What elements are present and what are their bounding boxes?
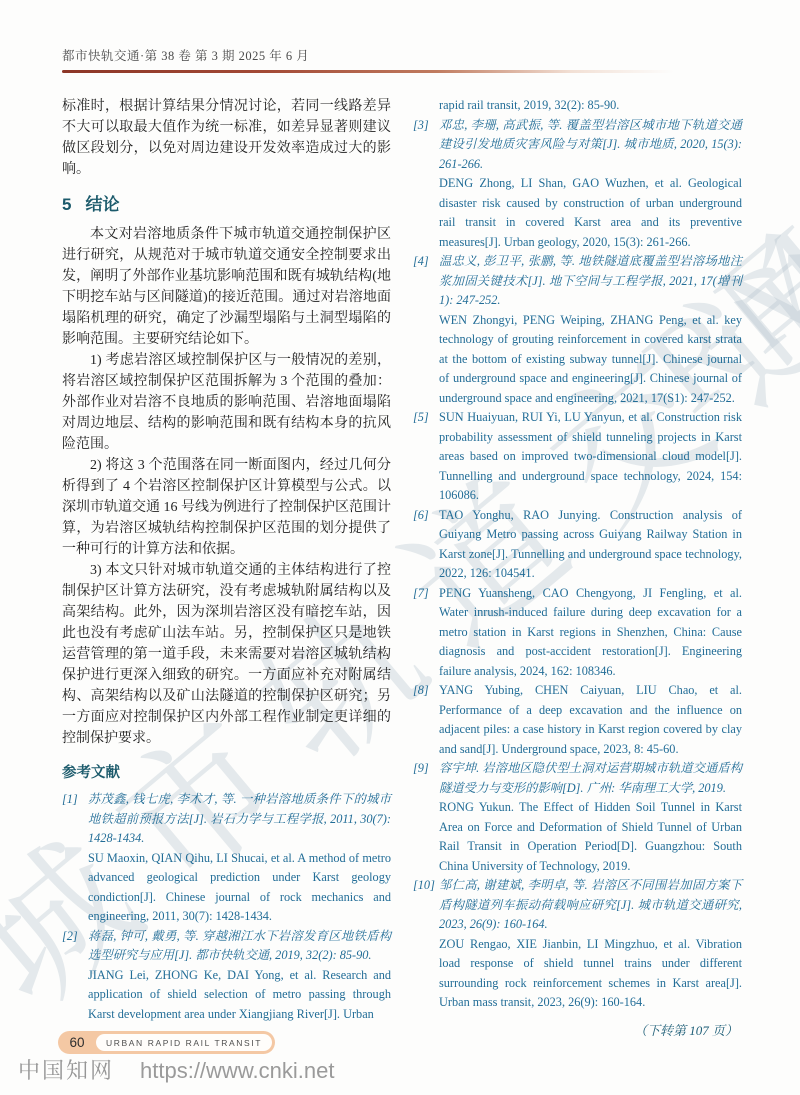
reference-number: [1]: [62, 790, 88, 927]
conclusion-point-1: 1) 考虑岩溶区域控制保护区与一般情况的差别，将岩溶区域控制保护区范围拆解为 3…: [62, 350, 391, 455]
reference-en: DENG Zhong, LI Shan, GAO Wuzhen, et al. …: [439, 174, 742, 252]
reference-en: SU Maoxin, QIAN Qihu, LI Shucai, et al. …: [88, 849, 391, 927]
cnki-url-text: https://www.cnki.net: [140, 1058, 334, 1084]
header-rule: [62, 70, 742, 73]
reference-zh: 温忠义, 彭卫平, 张鹏, 等. 地铁隧道底覆盖型岩溶场地注浆加固关键技术[J]…: [439, 254, 742, 307]
reference-number: [6]: [413, 506, 439, 584]
reference-item-4: [4] 温忠义, 彭卫平, 张鹏, 等. 地铁隧道底覆盖型岩溶场地注浆加固关键技…: [413, 252, 742, 408]
page-header: 都市快轨交通·第 38 卷 第 3 期 2025 年 6 月: [62, 46, 742, 73]
journal-issue-line: 都市快轨交通·第 38 卷 第 3 期 2025 年 6 月: [62, 46, 742, 64]
reference-item-3: [3] 邓忠, 李珊, 高武振, 等. 覆盖型岩溶区城市地下轨道交通建设引发地质…: [413, 116, 742, 253]
reference-number: [10]: [413, 876, 439, 1013]
reference-zh: 容宇坤. 岩溶地区隐伏型土洞对运营期城市轨道交通盾构隧道受力与变形的影响[D].…: [439, 761, 742, 795]
reference-number: [9]: [413, 759, 439, 876]
reference-en: RONG Yukun. The Effect of Hidden Soil Tu…: [439, 798, 742, 876]
cnki-logo-text: 中国知网: [18, 1054, 114, 1085]
reference-item-2: [2] 蒋磊, 钟可, 戴勇, 等. 穿越湘江水下岩溶发育区地铁盾构选型研究与应…: [62, 927, 391, 1025]
section-heading-conclusion: 5结论: [62, 190, 391, 215]
reference-number: [8]: [413, 681, 439, 759]
journal-name-capsule: URBAN RAPID RAIL TRANSIT: [96, 1034, 272, 1051]
reference-en: YANG Yubing, CHEN Caiyuan, LIU Chao, et …: [439, 683, 742, 756]
conclusion-point-3: 3) 本文只针对城市轨道交通的主体结构进行了控制保护区计算方法研究，没有考虑城轨…: [62, 560, 391, 749]
reference-en: PENG Yuansheng, CAO Chengyong, JI Fengli…: [439, 586, 742, 678]
section-number: 5: [62, 195, 71, 214]
references-heading: 参考文献: [62, 761, 391, 782]
section-title: 结论: [85, 195, 119, 214]
reference-item-10: [10] 邹仁高, 谢建斌, 李明卓, 等. 岩溶区不同围岩加固方案下盾构隧道列…: [413, 876, 742, 1013]
reference-zh: 蒋磊, 钟可, 戴勇, 等. 穿越湘江水下岩溶发育区地铁盾构选型研究与应用[J]…: [88, 929, 391, 963]
conclusion-point-2: 2) 将这 3 个范围落在同一断面图内，经过几何分析得到了 4 个岩溶区控制保护…: [62, 455, 391, 560]
reference-en: WEN Zhongyi, PENG Weiping, ZHANG Peng, e…: [439, 311, 742, 409]
reference-item-9: [9] 容宇坤. 岩溶地区隐伏型土洞对运营期城市轨道交通盾构隧道受力与变形的影响…: [413, 759, 742, 876]
reference-en: ZOU Rengao, XIE Jianbin, LI Mingzhuo, et…: [439, 935, 742, 1013]
reference-number: [7]: [413, 584, 439, 682]
reference-item-1: [1] 苏茂鑫, 钱七虎, 李术才, 等. 一种岩溶地质条件下的城市地铁超前预报…: [62, 790, 391, 927]
continued-on-page-note: （下转第 107 页）: [413, 1021, 742, 1041]
reference-zh: 邹仁高, 谢建斌, 李明卓, 等. 岩溶区不同围岩加固方案下盾构隧道列车振动荷载…: [439, 878, 742, 931]
footer-page-banner: 60 URBAN RAPID RAIL TRANSIT: [58, 1031, 275, 1054]
reference-number: [3]: [413, 116, 439, 253]
reference-en: SUN Huaiyuan, RUI Yi, LU Yanyun, et al. …: [439, 410, 742, 502]
right-column: rapid rail transit, 2019, 32(2): 85-90. …: [413, 96, 742, 1041]
reference-en: JIANG Lei, ZHONG Ke, DAI Yong, et al. Re…: [88, 966, 391, 1025]
reference-item-7: [7] PENG Yuansheng, CAO Chengyong, JI Fe…: [413, 584, 742, 682]
carryover-paragraph: 标准时，根据计算结果分情况讨论，若同一线路差异不大可以取最大值作为统一标准，如差…: [62, 96, 391, 180]
reference-number: [4]: [413, 252, 439, 408]
reference-item-8: [8] YANG Yubing, CHEN Caiyuan, LIU Chao,…: [413, 681, 742, 759]
reference-number: [5]: [413, 408, 439, 506]
conclusion-paragraph: 本文对岩溶地质条件下城市轨道交通控制保护区进行研究，从规范对于城市轨道交通安全控…: [62, 224, 391, 350]
article-body: 标准时，根据计算结果分情况讨论，若同一线路差异不大可以取最大值作为统一标准，如差…: [62, 96, 742, 1041]
reference-continuation: rapid rail transit, 2019, 32(2): 85-90.: [413, 96, 742, 116]
reference-en: TAO Yonghu, RAO Junying. Construction an…: [439, 508, 742, 581]
journal-page: 城市轨道交通网 RM 都市快轨交通·第 38 卷 第 3 期 2025 年 6 …: [0, 0, 800, 1095]
cnki-watermark: 中国知网 https://www.cnki.net: [18, 1054, 334, 1085]
reference-zh: 邓忠, 李珊, 高武振, 等. 覆盖型岩溶区城市地下轨道交通建设引发地质灾害风险…: [439, 118, 742, 171]
reference-item-6: [6] TAO Yonghu, RAO Junying. Constructio…: [413, 506, 742, 584]
reference-item-5: [5] SUN Huaiyuan, RUI Yi, LU Yanyun, et …: [413, 408, 742, 506]
reference-number: [2]: [62, 927, 88, 1025]
reference-zh: 苏茂鑫, 钱七虎, 李术才, 等. 一种岩溶地质条件下的城市地铁超前预报方法[J…: [88, 792, 391, 845]
left-column: 标准时，根据计算结果分情况讨论，若同一线路差异不大可以取最大值作为统一标准，如差…: [62, 96, 391, 1041]
page-number: 60: [58, 1035, 96, 1050]
